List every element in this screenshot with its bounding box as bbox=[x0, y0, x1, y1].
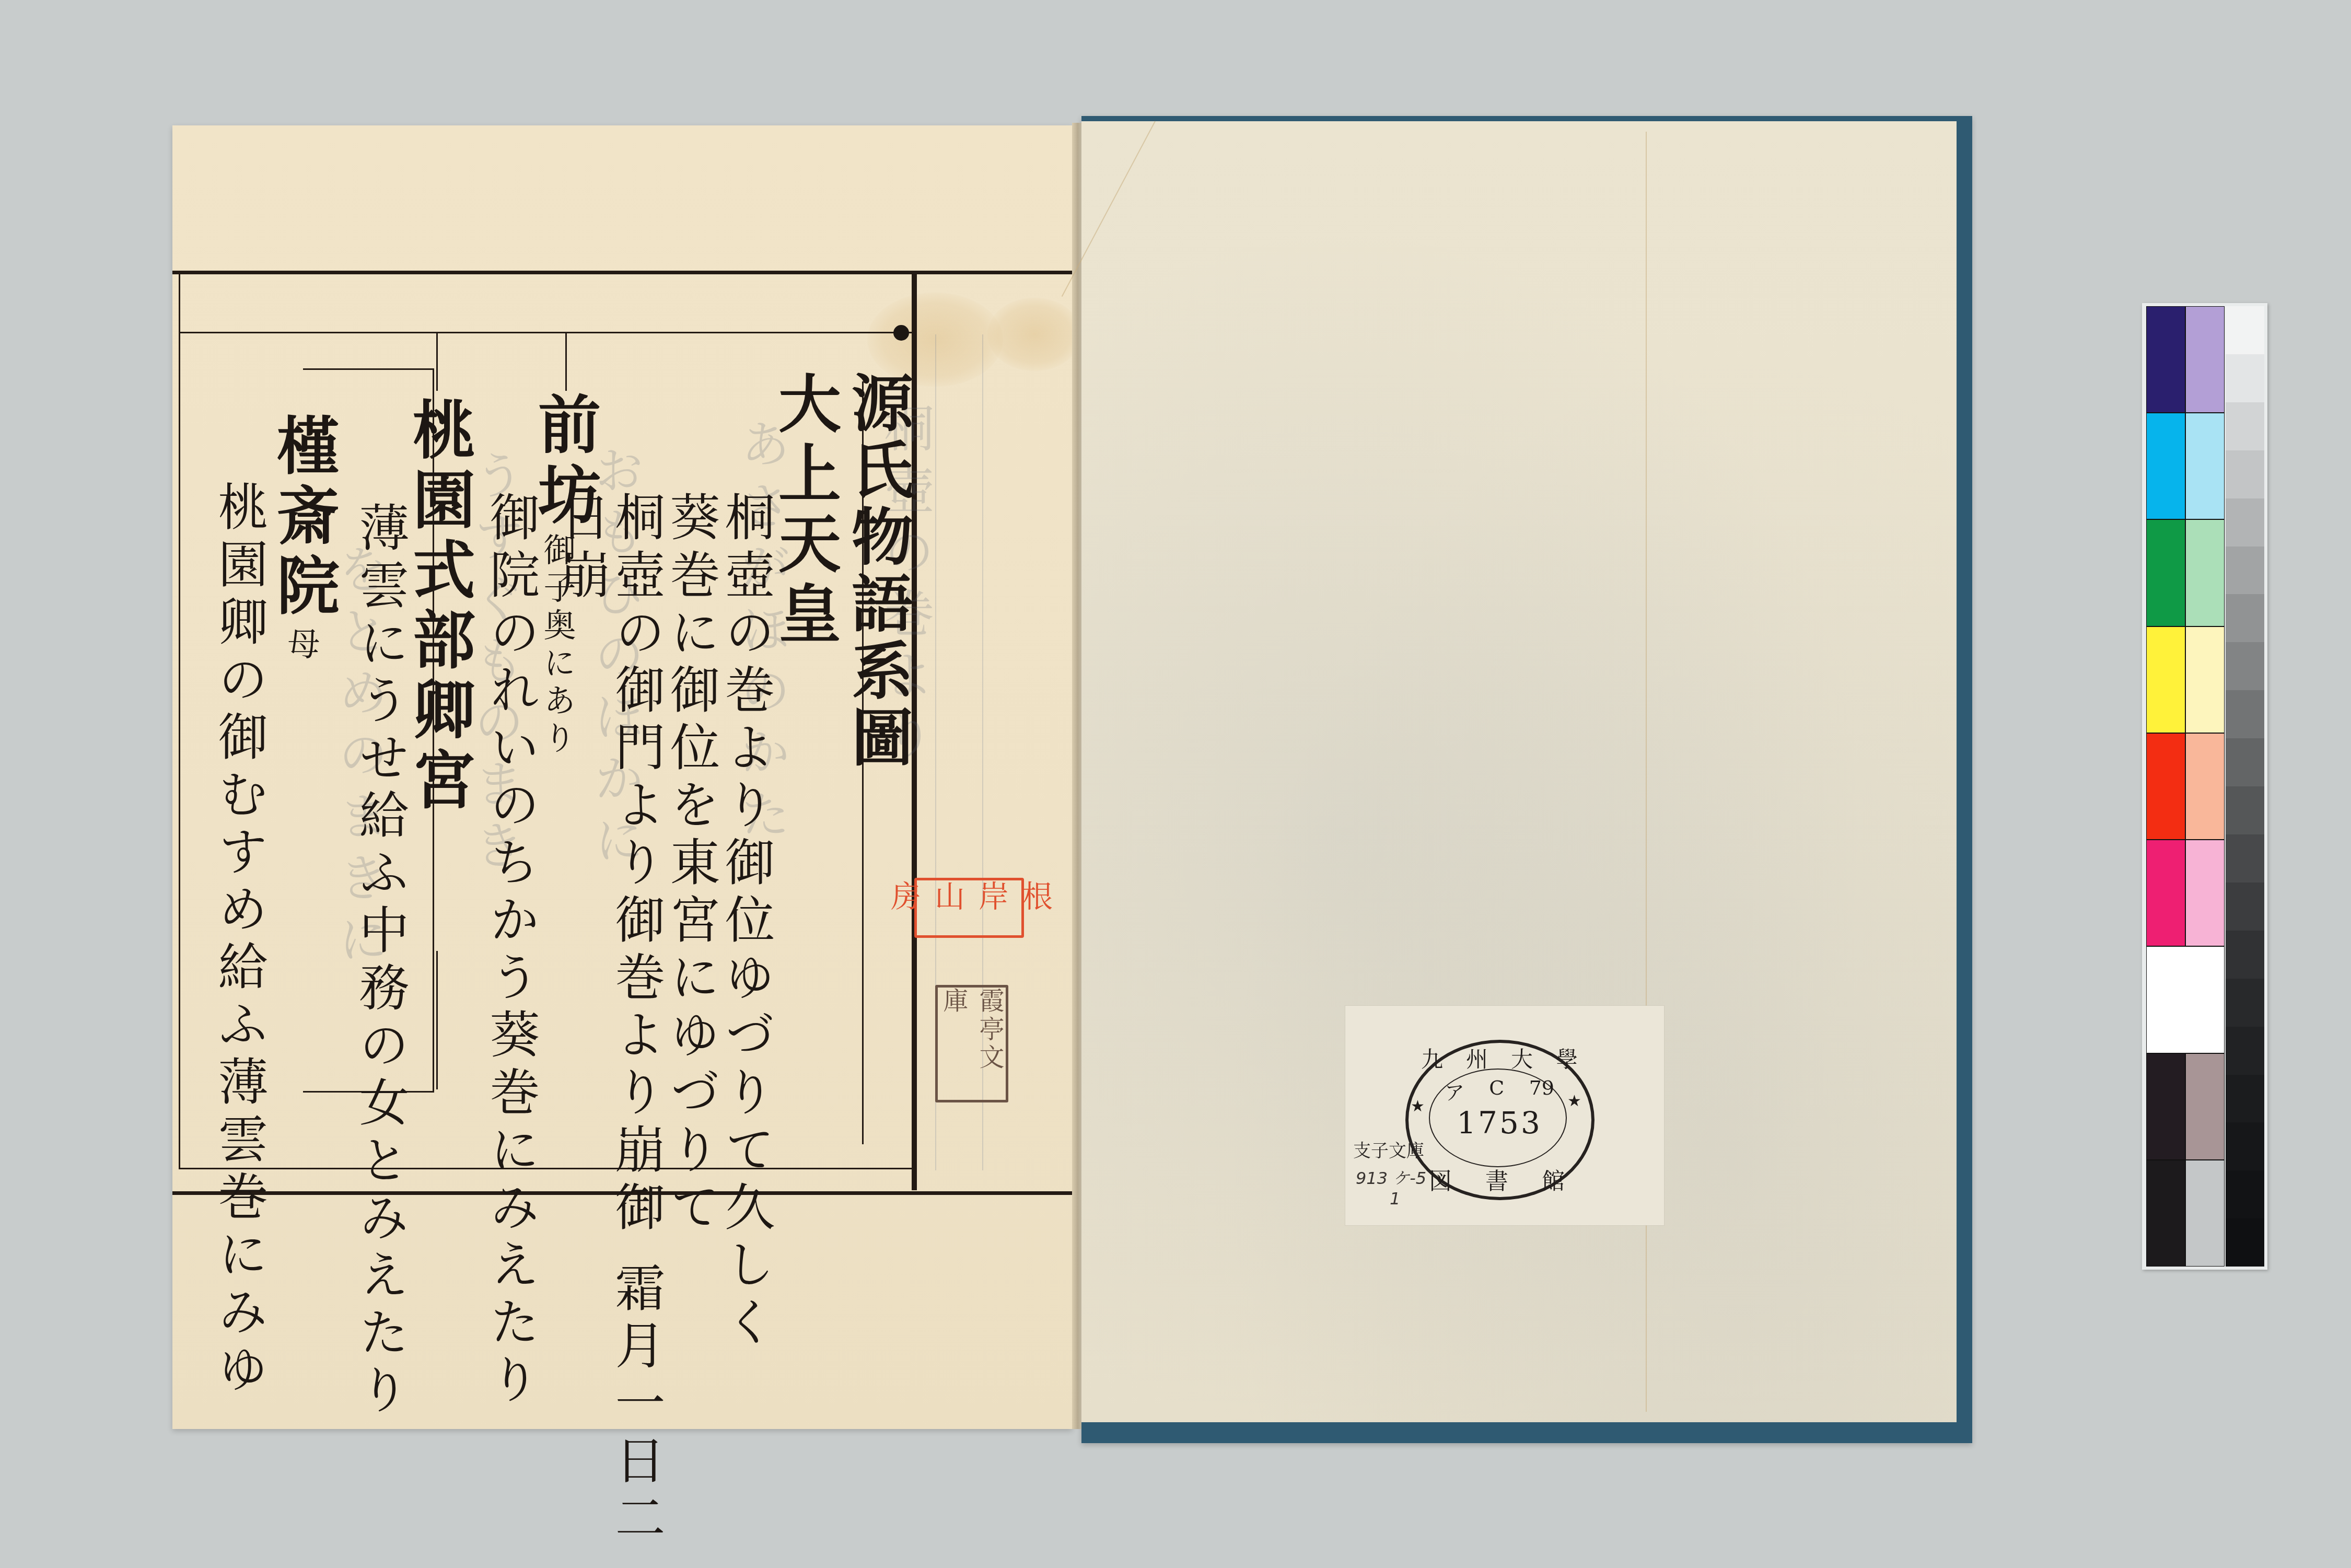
entry-heading: 前坊 bbox=[533, 392, 596, 532]
entry-line: 薄雲にうせ給ふ中務の女とみえたり bbox=[355, 502, 405, 1421]
star-icon: ★ bbox=[1567, 1092, 1581, 1110]
stamp-university-name: 九 州 大 學 bbox=[1421, 1042, 1578, 1074]
patch-row bbox=[2146, 413, 2225, 519]
entry-line: 葵巻に御位を東宮にゆづりて bbox=[666, 491, 716, 1238]
red-ownership-seal: 根岸山房 bbox=[914, 878, 1024, 938]
gray-step bbox=[2226, 979, 2264, 1027]
stamp-char: 館 bbox=[1542, 1163, 1565, 1196]
stamp-code-part: ア bbox=[1445, 1076, 1464, 1105]
gray-step bbox=[2226, 354, 2264, 402]
entry-line: 桐壺の御門より御巻より崩御 霜月一日二 bbox=[611, 491, 661, 1549]
entry-note: 母 bbox=[285, 627, 317, 665]
entry-heading: 桃園式部卿宮 bbox=[408, 397, 470, 817]
gray-step bbox=[2226, 834, 2264, 882]
color-patch bbox=[2185, 733, 2225, 840]
gray-step bbox=[2226, 882, 2264, 931]
color-patch bbox=[2185, 840, 2225, 946]
patch-row bbox=[2146, 1160, 2225, 1267]
gray-step bbox=[2226, 547, 2264, 595]
gray-step bbox=[2226, 450, 2264, 498]
brown-library-seal: 霞亭文庫 bbox=[935, 985, 1008, 1102]
volume-number: 1 bbox=[1390, 1189, 1400, 1209]
patch-row bbox=[2146, 519, 2225, 626]
entry-heading: 大上天皇 bbox=[773, 371, 836, 651]
patch-row bbox=[2146, 946, 2225, 1053]
color-patch bbox=[2185, 519, 2225, 626]
stamp-code: ア C 79 bbox=[1445, 1076, 1554, 1105]
color-calibration-chart bbox=[2142, 303, 2267, 1270]
color-patch bbox=[2185, 1053, 2225, 1160]
color-patch bbox=[2146, 413, 2185, 519]
entry-line: 桐壺の巻より御位ゆづりて久しく bbox=[721, 491, 771, 1353]
color-patches bbox=[2146, 306, 2225, 1267]
color-patch bbox=[2146, 1160, 2185, 1267]
color-patch bbox=[2185, 626, 2225, 733]
stamp-char: 書 bbox=[1485, 1163, 1508, 1196]
connector-line bbox=[436, 333, 438, 391]
patch-row bbox=[2146, 306, 2225, 413]
patch-row bbox=[2146, 1053, 2225, 1160]
stamp-char: 九 bbox=[1421, 1042, 1443, 1074]
connector-line bbox=[565, 333, 567, 391]
color-patch bbox=[2146, 733, 2185, 840]
stamp-code-part: C bbox=[1489, 1076, 1504, 1105]
color-patch bbox=[2185, 413, 2225, 519]
star-icon: ★ bbox=[1411, 1097, 1425, 1116]
gray-step bbox=[2226, 402, 2264, 450]
genealogy-top-line bbox=[179, 332, 913, 333]
stamp-char: 州 bbox=[1466, 1042, 1488, 1074]
color-patch bbox=[2146, 626, 2185, 733]
color-patch bbox=[2185, 1160, 2225, 1267]
gray-step bbox=[2226, 931, 2264, 979]
gray-step bbox=[2226, 738, 2264, 786]
color-patch bbox=[2146, 519, 2185, 626]
patch-row bbox=[2146, 840, 2225, 946]
frame-left-rule bbox=[179, 274, 180, 1169]
left-page: 桐壺の巻より あさがほのかた おもひのほかに うすぐものまき をとめのまきに 源… bbox=[172, 125, 1072, 1429]
collection-name: 支子文庫 bbox=[1353, 1136, 1424, 1162]
gray-step bbox=[2226, 1027, 2264, 1075]
gray-step bbox=[2226, 594, 2264, 642]
cover-inner-paper bbox=[1081, 121, 1957, 1422]
patch-row bbox=[2146, 626, 2225, 733]
gray-step bbox=[2226, 1075, 2264, 1123]
stamp-char: 學 bbox=[1556, 1042, 1578, 1074]
frame-top-rule bbox=[172, 271, 1072, 274]
genealogy-root-dot bbox=[893, 325, 909, 341]
patch-row bbox=[2146, 733, 2225, 840]
gray-step bbox=[2226, 1122, 2264, 1170]
frame-inner-bottom-rule bbox=[179, 1168, 915, 1169]
page-title: 源氏物語系圖 bbox=[846, 371, 908, 772]
stamp-accession-number: 1753 bbox=[1445, 1105, 1554, 1141]
color-patch bbox=[2146, 840, 2185, 946]
color-patch bbox=[2146, 1053, 2185, 1160]
gray-step bbox=[2226, 1170, 2264, 1218]
gray-step bbox=[2226, 1218, 2264, 1267]
stamp-char: 大 bbox=[1511, 1042, 1533, 1074]
stamp-char: 図 bbox=[1429, 1163, 1452, 1196]
entry-line: 桃園卿の御むすめ給ふ薄雲巻にみゆ bbox=[214, 481, 264, 1400]
stamp-code-part: 79 bbox=[1529, 1076, 1554, 1105]
gray-step bbox=[2226, 498, 2264, 547]
call-number: 913 ケ-5 bbox=[1356, 1165, 1426, 1189]
gray-step bbox=[2226, 690, 2264, 738]
stamp-library-word: 図 書 館 bbox=[1429, 1163, 1565, 1196]
connector-line bbox=[436, 951, 438, 1089]
gray-step bbox=[2226, 786, 2264, 834]
water-stain bbox=[987, 298, 1081, 371]
entry-heading: 槿斎院 bbox=[272, 413, 334, 623]
gray-step bbox=[2226, 642, 2264, 690]
color-patch bbox=[2146, 306, 2185, 413]
entry-line: 御院のれいのちかう葵巻にみえたり bbox=[486, 491, 536, 1411]
color-patch bbox=[2146, 946, 2225, 1053]
color-patch bbox=[2185, 306, 2225, 413]
grayscale-steps bbox=[2226, 306, 2264, 1267]
entry-note: 御子奥にあり bbox=[541, 533, 573, 759]
gray-step bbox=[2226, 306, 2264, 354]
